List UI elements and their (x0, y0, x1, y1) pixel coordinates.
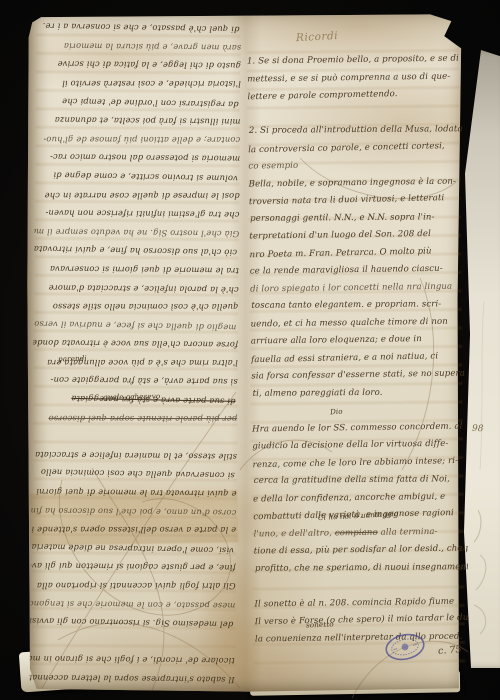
manuscript-text-line: Il sabato s'intraprese sopra la lettera … (29, 668, 234, 689)
manuscript-text-line: ticolare de' ricordi, e i fogli che si g… (30, 650, 235, 671)
manuscript-text-line: per più parole ritenute sopra quel disco… (32, 409, 237, 428)
interlinear-correction: sonetto (306, 620, 334, 630)
manuscript-text-line: e quivi ritrovata tra le memorie di quei… (31, 482, 236, 503)
adjacent-page-number: 98 (472, 424, 484, 435)
manuscript-text-line (32, 427, 237, 448)
manuscript-text-line: e la parte a verso dell'istessa opera s'… (31, 520, 236, 539)
struck-word: compiano (335, 527, 378, 538)
page-header: Ricordi (296, 30, 339, 44)
manuscript-text-line: dosi le imprese di quelle cose narrate i… (35, 186, 240, 205)
right-page-text: 1. Se si dona Proemio bello, a proposito… (247, 51, 469, 654)
interlinear-correction: Dio (330, 407, 343, 417)
manuscript-scan-background: 98 Il sabato s'intraprese sopra la lette… (0, 0, 500, 700)
manuscript-text-line: corso d'un anno, e poi che'l suo discors… (31, 501, 236, 522)
manuscript-text-line: cerca la gratitudine della stima fatta d… (254, 471, 468, 490)
manuscript-text-line: l'istoria richiede, e così resterà servi… (36, 74, 241, 93)
manuscript-text-line: personaggi gentil. N.N., e N.N. sopra l'… (250, 209, 464, 228)
manuscript-text-line: che tra gl'estimi infiniti riferisce non… (34, 203, 239, 224)
manuscript-text-line: gusto di chi legge, e la fatica di chi s… (36, 55, 241, 76)
manuscript-text-line: contare; e delle attioni più famose de g… (35, 130, 240, 149)
manuscript-text-line: fine, e per giuste cagioni si rimetton q… (31, 557, 236, 578)
interlinear-correction: parendi (58, 353, 87, 363)
manuscript-text-line: 1. Se si dona Proemio bello, a proposito… (247, 51, 461, 71)
manuscript-text-line: quella ch'è così comincia nello stile st… (33, 297, 238, 316)
folio-mark: c. 75 (438, 644, 462, 657)
manuscript-text-line: nro Poeta m. Fran. Petrarca. O molto più (249, 242, 463, 264)
manuscript-text-line: mese passato, e con le memorie che si te… (30, 594, 235, 615)
manuscript-text-line: l'uno, e dell'altro, compiano alla termi… (253, 523, 467, 543)
manuscript-text-line: volume si trovino scritte, e come degne … (33, 165, 238, 187)
manuscript-text-line: tra le memorie di quei giorni si conserv… (34, 259, 239, 280)
manuscript-text-line: Gli altri fogli quivi accennati si ripor… (31, 576, 236, 595)
manuscript-text-line: co esempio (248, 156, 462, 176)
manuscript-text-line (30, 632, 235, 651)
manuscript-text-line: mini illustri si farà poi scelta, et adu… (35, 111, 240, 132)
left-page-rotated-text: Il sabato s'intraprese sopra la lettera … (29, 17, 241, 689)
manuscript-text-line: ch'è la parola infelice, e stracciata d'… (34, 278, 239, 299)
manuscript-text-line: forse ancora ch'ella sua voce è ritrovat… (33, 334, 238, 355)
manuscript-text-line: visi, come l'opera intrapresa ne diede m… (29, 537, 234, 559)
manuscript-text-line: tione di essa, più per sodisfar al lor d… (254, 540, 468, 560)
manuscript-text-line: profitto, che ne speriamo, di nuoui inse… (255, 559, 469, 578)
manuscript-text-line: uendo, et ci ha messo qualche timore di … (250, 313, 464, 333)
manuscript-text-line: Già che'l nostro Sig. ne ha veduto sempr… (34, 222, 239, 243)
manuscript-text-line: da registrarsi con l'ordine de' tempi ch… (33, 91, 238, 113)
manuscript-text-line: toscana tanto elegantem. e propriam. scr… (251, 296, 465, 315)
manuscript-text-line: sarà men grave, e più sicura la memoria (36, 36, 241, 57)
manuscript-text-line: meglio di quella che si fece, e nudriva … (31, 314, 236, 336)
manuscript-text-line: del medesimo Sig. si riscontrano con gli… (29, 612, 233, 634)
interlinear-correction: quale ochesevo (103, 392, 160, 402)
